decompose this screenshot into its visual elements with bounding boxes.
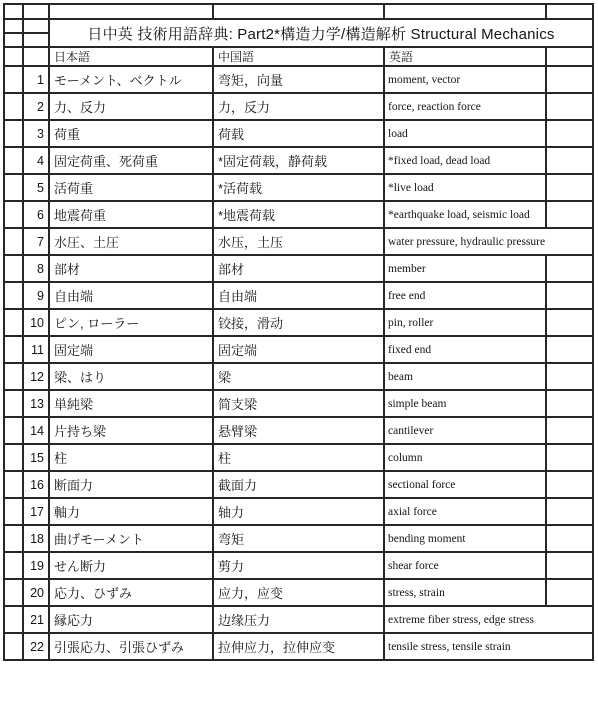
gutter-cell <box>4 471 23 498</box>
japanese-term-cell: ピン, ローラー <box>49 309 213 336</box>
gutter-cell <box>4 390 23 417</box>
chinese-term-cell: 力，反力 <box>213 93 384 120</box>
japanese-term-cell: 水圧、土圧 <box>49 228 213 255</box>
col-header-chinese: 中国語 <box>213 47 384 66</box>
row-number-cell: 14 <box>23 417 49 444</box>
chinese-term-cell: 弯矩 <box>213 525 384 552</box>
gutter-cell <box>4 282 23 309</box>
empty-cell <box>546 4 593 19</box>
english-term-cell: water pressure, hydraulic pressure <box>384 228 593 255</box>
chinese-term-cell: 荷载 <box>213 120 384 147</box>
gutter-cell <box>4 228 23 255</box>
spacer-row <box>4 4 593 19</box>
chinese-term-cell: 固定端 <box>213 336 384 363</box>
gutter-cell <box>4 255 23 282</box>
japanese-term-cell: せん断力 <box>49 552 213 579</box>
row-number-cell: 8 <box>23 255 49 282</box>
table-row: 10 ピン, ローラー 铰接，滑动 pin, roller <box>4 309 593 336</box>
japanese-term-cell: 自由端 <box>49 282 213 309</box>
gutter-cell <box>4 309 23 336</box>
japanese-term-cell: 固定荷重、死荷重 <box>49 147 213 174</box>
english-term-cell: axial force <box>384 498 546 525</box>
chinese-term-cell: 部材 <box>213 255 384 282</box>
gutter-cell <box>4 579 23 606</box>
filler-cell <box>546 471 593 498</box>
gutter-cell <box>4 174 23 201</box>
chinese-term-cell: 悬臂梁 <box>213 417 384 444</box>
chinese-term-cell: 弯矩，向量 <box>213 66 384 93</box>
filler-cell <box>546 93 593 120</box>
gutter-cell <box>4 336 23 363</box>
japanese-term-cell: 力、反力 <box>49 93 213 120</box>
chinese-term-cell: 轴力 <box>213 498 384 525</box>
empty-cell <box>384 4 546 19</box>
filler-cell <box>546 147 593 174</box>
empty-cell <box>213 4 384 19</box>
filler-cell <box>546 525 593 552</box>
table-row: 11 固定端 固定端 fixed end <box>4 336 593 363</box>
english-term-cell: *earthquake load, seismic load <box>384 201 546 228</box>
empty-cell <box>49 4 213 19</box>
filler-cell <box>546 282 593 309</box>
row-number-cell: 13 <box>23 390 49 417</box>
gutter-cell <box>4 525 23 552</box>
japanese-term-cell: モーメント、ベクトル <box>49 66 213 93</box>
row-number-cell: 15 <box>23 444 49 471</box>
row-number-cell: 21 <box>23 606 49 633</box>
english-term-cell: *live load <box>384 174 546 201</box>
row-number-cell: 17 <box>23 498 49 525</box>
table-row: 19 せん断力 剪力 shear force <box>4 552 593 579</box>
filler-cell <box>546 390 593 417</box>
title-row: 日中英 技術用語辞典: Part2*構造力学/構造解析 Structural M… <box>4 19 593 33</box>
gutter-cell <box>4 552 23 579</box>
row-number-cell: 4 <box>23 147 49 174</box>
japanese-term-cell: 断面力 <box>49 471 213 498</box>
filler-cell <box>546 120 593 147</box>
row-number-cell: 2 <box>23 93 49 120</box>
table-row: 21 縁応力 边缘压力 extreme fiber stress, edge s… <box>4 606 593 633</box>
english-term-cell: shear force <box>384 552 546 579</box>
filler-cell <box>546 336 593 363</box>
filler-cell <box>546 201 593 228</box>
chinese-term-cell: *活荷载 <box>213 174 384 201</box>
gutter-cell <box>4 33 23 47</box>
filler-cell <box>546 579 593 606</box>
terminology-table: 日中英 技術用語辞典: Part2*構造力学/構造解析 Structural M… <box>3 3 594 661</box>
filler-cell <box>546 66 593 93</box>
gutter-cell <box>4 498 23 525</box>
gutter-cell <box>4 147 23 174</box>
table-row: 17 軸力 轴力 axial force <box>4 498 593 525</box>
japanese-term-cell: 固定端 <box>49 336 213 363</box>
filler-cell <box>546 417 593 444</box>
english-term-cell: *fixed load, dead load <box>384 147 546 174</box>
chinese-term-cell: *地震荷载 <box>213 201 384 228</box>
japanese-term-cell: 部材 <box>49 255 213 282</box>
chinese-term-cell: 水压，土压 <box>213 228 384 255</box>
gutter-cell <box>23 33 49 47</box>
gutter-cell <box>4 606 23 633</box>
filler-cell <box>546 363 593 390</box>
english-term-cell: force, reaction force <box>384 93 546 120</box>
gutter-cell <box>23 47 49 66</box>
gutter-cell <box>4 444 23 471</box>
row-number-cell: 19 <box>23 552 49 579</box>
japanese-term-cell: 縁応力 <box>49 606 213 633</box>
table-row: 16 断面力 截面力 sectional force <box>4 471 593 498</box>
row-number-cell: 7 <box>23 228 49 255</box>
english-term-cell: tensile stress, tensile strain <box>384 633 593 660</box>
table-row: 15 柱 柱 column <box>4 444 593 471</box>
row-number-cell: 10 <box>23 309 49 336</box>
chinese-term-cell: 拉伸应力，拉伸应变 <box>213 633 384 660</box>
table-row: 22 引張応力、引張ひずみ 拉伸应力，拉伸应变 tensile stress, … <box>4 633 593 660</box>
chinese-term-cell: 自由端 <box>213 282 384 309</box>
gutter-cell <box>23 19 49 33</box>
chinese-term-cell: 应力，应变 <box>213 579 384 606</box>
japanese-term-cell: 片持ち梁 <box>49 417 213 444</box>
chinese-term-cell: 剪力 <box>213 552 384 579</box>
row-number-cell: 5 <box>23 174 49 201</box>
english-term-cell: member <box>384 255 546 282</box>
gutter-cell <box>4 363 23 390</box>
japanese-term-cell: 活荷重 <box>49 174 213 201</box>
header-row: 日本語 中国語 英語 <box>4 47 593 66</box>
page: { "document": { "title": "日中英 技術用語辞典: Pa… <box>0 0 598 718</box>
filler-cell <box>546 498 593 525</box>
gutter-cell <box>4 417 23 444</box>
filler-cell <box>546 255 593 282</box>
empty-cell <box>546 47 593 66</box>
gutter-cell <box>4 4 23 19</box>
table-title: 日中英 技術用語辞典: Part2*構造力学/構造解析 Structural M… <box>49 19 593 47</box>
row-number-cell: 3 <box>23 120 49 147</box>
row-number-cell: 6 <box>23 201 49 228</box>
english-term-cell: beam <box>384 363 546 390</box>
english-term-cell: fixed end <box>384 336 546 363</box>
row-number-cell: 18 <box>23 525 49 552</box>
filler-cell <box>546 174 593 201</box>
english-term-cell: pin, roller <box>384 309 546 336</box>
row-number-cell: 12 <box>23 363 49 390</box>
row-number-cell: 16 <box>23 471 49 498</box>
english-term-cell: bending moment <box>384 525 546 552</box>
english-term-cell: stress, strain <box>384 579 546 606</box>
japanese-term-cell: 引張応力、引張ひずみ <box>49 633 213 660</box>
table-row: 2 力、反力 力，反力 force, reaction force <box>4 93 593 120</box>
chinese-term-cell: *固定荷载，静荷载 <box>213 147 384 174</box>
gutter-cell <box>4 120 23 147</box>
chinese-term-cell: 截面力 <box>213 471 384 498</box>
col-header-english: 英語 <box>384 47 546 66</box>
gutter-cell <box>23 4 49 19</box>
row-number-cell: 22 <box>23 633 49 660</box>
english-term-cell: free end <box>384 282 546 309</box>
row-number-cell: 9 <box>23 282 49 309</box>
filler-cell <box>546 552 593 579</box>
col-header-japanese: 日本語 <box>49 47 213 66</box>
table-row: 7 水圧、土圧 水压，土压 water pressure, hydraulic … <box>4 228 593 255</box>
japanese-term-cell: 応力、ひずみ <box>49 579 213 606</box>
english-term-cell: simple beam <box>384 390 546 417</box>
table-row: 9 自由端 自由端 free end <box>4 282 593 309</box>
table-row: 12 梁、はり 梁 beam <box>4 363 593 390</box>
english-term-cell: sectional force <box>384 471 546 498</box>
japanese-term-cell: 曲げモーメント <box>49 525 213 552</box>
table-row: 1 モーメント、ベクトル 弯矩，向量 moment, vector <box>4 66 593 93</box>
japanese-term-cell: 地震荷重 <box>49 201 213 228</box>
japanese-term-cell: 梁、はり <box>49 363 213 390</box>
gutter-cell <box>4 201 23 228</box>
row-number-cell: 1 <box>23 66 49 93</box>
english-term-cell: column <box>384 444 546 471</box>
table-row: 4 固定荷重、死荷重 *固定荷载，静荷载 *fixed load, dead l… <box>4 147 593 174</box>
table-row: 8 部材 部材 member <box>4 255 593 282</box>
row-number-cell: 20 <box>23 579 49 606</box>
gutter-cell <box>4 93 23 120</box>
table-body: 1 モーメント、ベクトル 弯矩，向量 moment, vector 2 力、反力… <box>4 66 593 660</box>
table-row: 13 単純梁 简支梁 simple beam <box>4 390 593 417</box>
table-row: 20 応力、ひずみ 应力，应变 stress, strain <box>4 579 593 606</box>
chinese-term-cell: 简支梁 <box>213 390 384 417</box>
chinese-term-cell: 边缘压力 <box>213 606 384 633</box>
table-head-section: 日中英 技術用語辞典: Part2*構造力学/構造解析 Structural M… <box>4 4 593 66</box>
gutter-cell <box>4 19 23 33</box>
chinese-term-cell: 梁 <box>213 363 384 390</box>
gutter-cell <box>4 633 23 660</box>
english-term-cell: cantilever <box>384 417 546 444</box>
table-row: 18 曲げモーメント 弯矩 bending moment <box>4 525 593 552</box>
table-row: 6 地震荷重 *地震荷载 *earthquake load, seismic l… <box>4 201 593 228</box>
row-number-cell: 11 <box>23 336 49 363</box>
english-term-cell: load <box>384 120 546 147</box>
filler-cell <box>546 444 593 471</box>
japanese-term-cell: 軸力 <box>49 498 213 525</box>
filler-cell <box>546 309 593 336</box>
english-term-cell: extreme fiber stress, edge stress <box>384 606 593 633</box>
gutter-cell <box>4 66 23 93</box>
english-term-cell: moment, vector <box>384 66 546 93</box>
table-row: 14 片持ち梁 悬臂梁 cantilever <box>4 417 593 444</box>
japanese-term-cell: 柱 <box>49 444 213 471</box>
japanese-term-cell: 荷重 <box>49 120 213 147</box>
japanese-term-cell: 単純梁 <box>49 390 213 417</box>
table-row: 5 活荷重 *活荷载 *live load <box>4 174 593 201</box>
chinese-term-cell: 铰接，滑动 <box>213 309 384 336</box>
chinese-term-cell: 柱 <box>213 444 384 471</box>
gutter-cell <box>4 47 23 66</box>
table-row: 3 荷重 荷载 load <box>4 120 593 147</box>
